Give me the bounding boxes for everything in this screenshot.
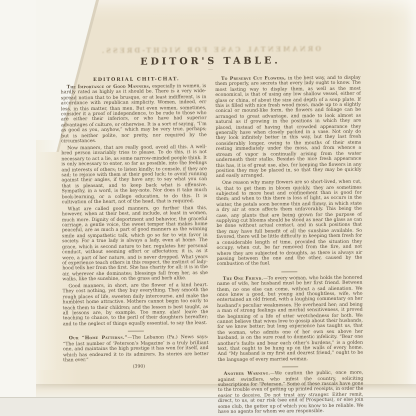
two-column-text: EDITORIAL CHIT-CHAT. The Importance of G… [61, 76, 364, 416]
left-column-heading: EDITORIAL CHIT-CHAT. [61, 77, 207, 84]
paragraph-text: —To every woman, who holds the honored n… [217, 275, 363, 362]
column-left: EDITORIAL CHIT-CHAT. The Importance of G… [61, 77, 209, 416]
page-number: (390) [63, 364, 209, 371]
paragraph-text: —We caution the public, once more, again… [218, 371, 364, 415]
news-quote-paragraph: Our “Home Patterns.”—The Lebanon (Pa.) N… [63, 335, 209, 363]
paragraph-text: especially in women, is hardly rated as … [61, 84, 207, 144]
scanned-page-scene: ORNAMENTAL CASE FOR NIGHT-DRESS. EDITOR'… [0, 0, 416, 416]
body-paragraph: To Preserve Cut Flowers, in the best way… [215, 76, 361, 180]
section-rule [128, 331, 144, 332]
body-paragraph: The One Friend.—To every woman, who hold… [217, 275, 363, 363]
bleed-through-text: ORNAMENTAL CASE FOR NIGHT-DRESS. [60, 45, 360, 56]
body-paragraph: What are called good manners, go further… [62, 206, 208, 283]
body-paragraph: One reason why many flowers are so short… [216, 180, 362, 268]
paragraph-text: in the best way, and to display them pro… [215, 76, 361, 180]
page-left-edge-fade [36, 140, 58, 370]
page-content: ORNAMENTAL CASE FOR NIGHT-DRESS. EDITOR'… [60, 45, 363, 416]
body-paragraph: Another Warning.—We caution the public, … [218, 371, 364, 416]
section-rule [282, 271, 298, 272]
body-paragraph: Now manners, that are really good, avoid… [61, 145, 207, 206]
body-paragraph: Good manners, in short, are the flower o… [62, 283, 208, 328]
section-rule [282, 366, 298, 367]
column-right: To Preserve Cut Flowers, in the best way… [215, 76, 363, 416]
body-paragraph: The Importance of Good Manners, especial… [61, 84, 207, 145]
